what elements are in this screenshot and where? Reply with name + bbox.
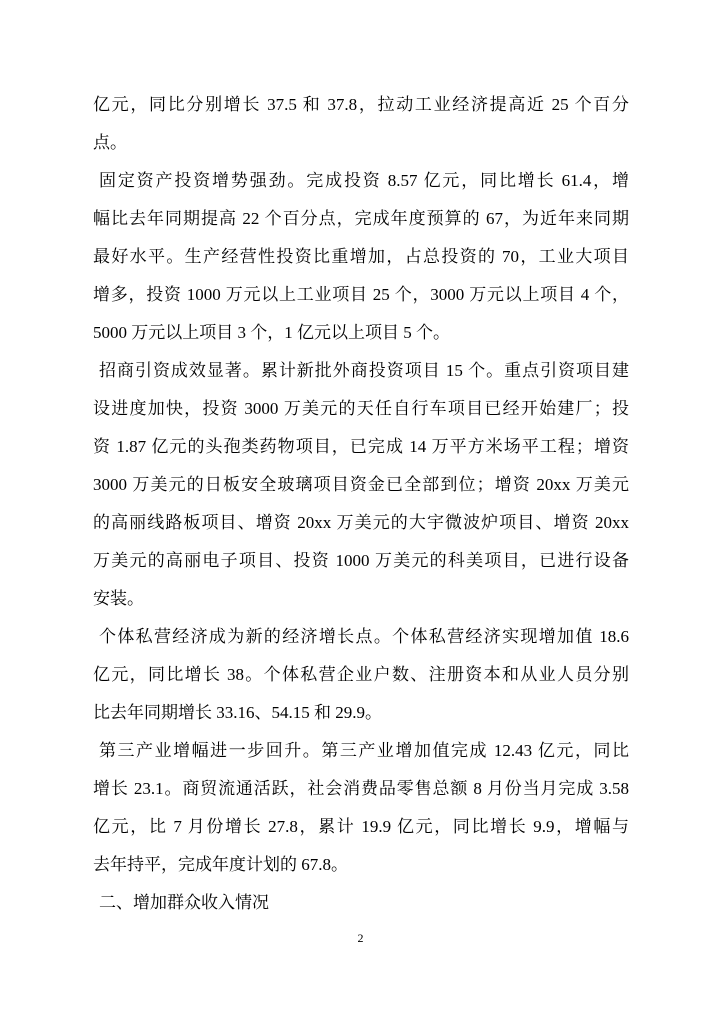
text-line: 个体私营经济成为新的经济增长点。个体私营经济实现增加值 18.6 <box>93 618 629 656</box>
text-line: 资 1.87 亿元的头孢类药物项目，已完成 14 万平方米场平工程；增资 <box>93 428 629 466</box>
text-line: 招商引资成效显著。累计新批外商投资项目 15 个。重点引资项目建 <box>93 352 629 390</box>
para-tertiary-industry: 第三产业增幅进一步回升。第三产业增加值完成 12.43 亿元，同比增长 23.1… <box>93 732 629 884</box>
document-page: 亿元，同比分别增长 37.5 和 37.8，拉动工业经济提高近 25 个百分点。… <box>0 0 721 1020</box>
text-line: 去年持平，完成年度计划的 67.8。 <box>93 846 629 884</box>
para-fixed-asset-investment: 固定资产投资增势强劲。完成投资 8.57 亿元，同比增长 61.4，增幅比去年同… <box>93 162 629 352</box>
text-line: 二、增加群众收入情况 <box>93 884 629 922</box>
text-line: 点。 <box>93 124 629 162</box>
heading-section-two: 二、增加群众收入情况 <box>93 884 629 922</box>
text-line: 比去年同期增长 33.16、54.15 和 29.9。 <box>93 694 629 732</box>
page-number: 2 <box>358 931 364 945</box>
text-line: 安装。 <box>93 580 629 618</box>
para-investment-attraction: 招商引资成效显著。累计新批外商投资项目 15 个。重点引资项目建设进度加快，投资… <box>93 352 629 618</box>
text-line: 3000 万美元的日板安全玻璃项目资金已全部到位；增资 20xx 万美元 <box>93 466 629 504</box>
text-line: 幅比去年同期提高 22 个百分点，完成年度预算的 67，为近年来同期 <box>93 200 629 238</box>
text-line: 5000 万元以上项目 3 个，1 亿元以上项目 5 个。 <box>93 314 629 352</box>
text-line: 固定资产投资增势强劲。完成投资 8.57 亿元，同比增长 61.4，增 <box>93 162 629 200</box>
text-line: 的高丽线路板项目、增资 20xx 万美元的大宇微波炉项目、增资 20xx <box>93 504 629 542</box>
text-line: 亿元，同比增长 38。个体私营企业户数、注册资本和从业人员分别 <box>93 656 629 694</box>
text-line: 最好水平。生产经营性投资比重增加，占总投资的 70，工业大项目 <box>93 238 629 276</box>
text-line: 亿元，比 7 月份增长 27.8，累计 19.9 亿元，同比增长 9.9，增幅与 <box>93 808 629 846</box>
document-body: 亿元，同比分别增长 37.5 和 37.8，拉动工业经济提高近 25 个百分点。… <box>93 86 629 922</box>
text-line: 亿元，同比分别增长 37.5 和 37.8，拉动工业经济提高近 25 个百分 <box>93 86 629 124</box>
text-line: 增多，投资 1000 万元以上工业项目 25 个，3000 万元以上项目 4 个… <box>93 276 629 314</box>
page-footer: 2 <box>0 928 721 948</box>
text-line: 万美元的高丽电子项目、投资 1000 万美元的科美项目，已进行设备 <box>93 542 629 580</box>
text-line: 设进度加快，投资 3000 万美元的天任自行车项目已经开始建厂；投 <box>93 390 629 428</box>
para-industry-growth-continuation: 亿元，同比分别增长 37.5 和 37.8，拉动工业经济提高近 25 个百分点。 <box>93 86 629 162</box>
text-line: 第三产业增幅进一步回升。第三产业增加值完成 12.43 亿元，同比 <box>93 732 629 770</box>
text-line: 增长 23.1。商贸流通活跃，社会消费品零售总额 8 月份当月完成 3.58 <box>93 770 629 808</box>
para-private-economy: 个体私营经济成为新的经济增长点。个体私营经济实现增加值 18.6亿元，同比增长 … <box>93 618 629 732</box>
